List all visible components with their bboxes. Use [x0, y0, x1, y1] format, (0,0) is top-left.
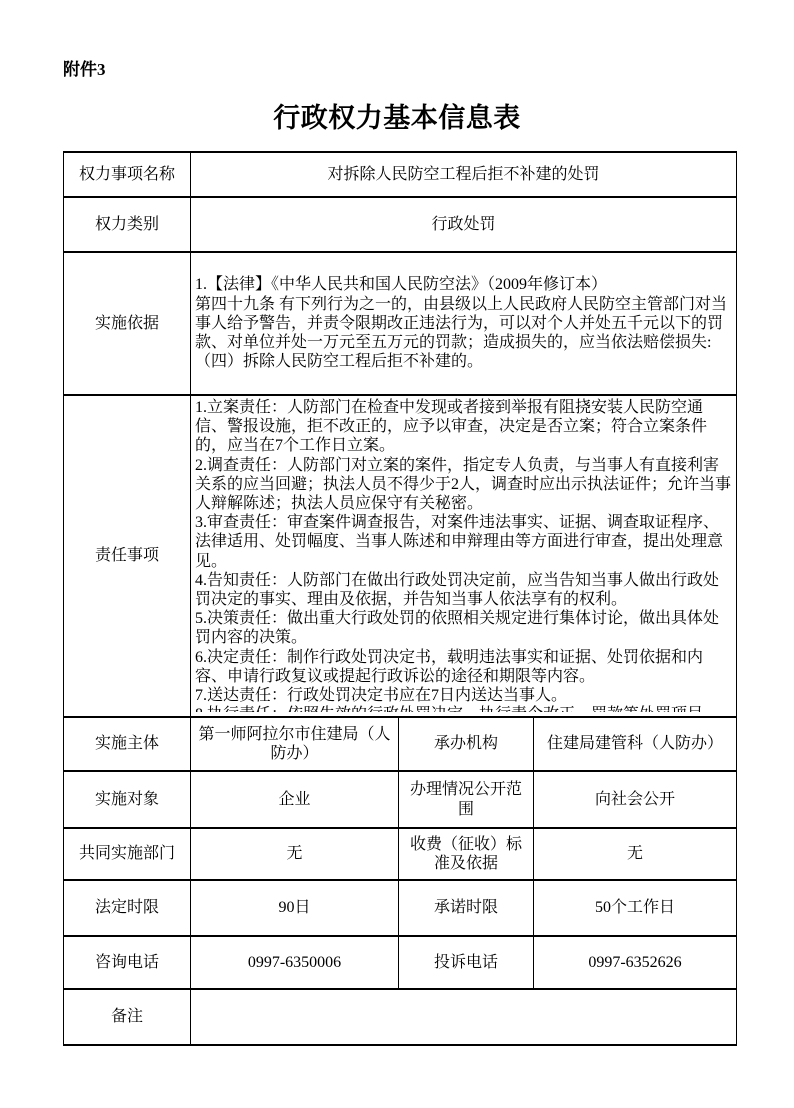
- target-value: 企业: [191, 771, 399, 828]
- inquiry-phone-label: 咨询电话: [64, 936, 191, 989]
- duty-item: 4.告知责任：人防部门在做出行政处罚决定前，应当告知当事人做出行政处罚决定的事实…: [195, 571, 732, 609]
- legal-time-limit-label: 法定时限: [64, 880, 191, 936]
- inquiry-phone-value: 0997-6350006: [191, 936, 399, 989]
- row-duties: 责任事项 1.立案责任：人防部门在检查中发现或者接到举报有阻挠安装人民防空通信、…: [64, 395, 737, 717]
- page-title: 行政权力基本信息表: [0, 96, 794, 135]
- row-implementer: 实施主体 第一师阿拉尔市住建局（人防办） 承办机构 住建局建管科（人防办）: [64, 717, 737, 771]
- duty-item: 6.决定责任：制作行政处罚决定书，载明违法事实和证据、处罚依据和内容、申请行政复…: [195, 648, 732, 686]
- row-power-type: 权力类别 行政处罚: [64, 197, 737, 252]
- duty-item: 1.立案责任：人防部门在检查中发现或者接到举报有阻挠安装人民防空通信、警报设施，…: [195, 398, 732, 456]
- remark-label: 备注: [64, 989, 191, 1045]
- row-target: 实施对象 企业 办理情况公开范围 向社会公开: [64, 771, 737, 828]
- promised-time-limit-value: 50个工作日: [534, 880, 737, 936]
- duties-text-block: 1.立案责任：人防部门在检查中发现或者接到举报有阻挠安装人民防空通信、警报设施，…: [195, 398, 732, 712]
- duty-item: 7.送达责任：行政处罚决定书应在7日内送达当事人。: [195, 686, 732, 705]
- document-page: 附件3 行政权力基本信息表 权力事项名称 对拆除人民防空工程后拒不补建的处罚 权…: [0, 0, 794, 1108]
- power-name-value: 对拆除人民防空工程后拒不补建的处罚: [191, 152, 737, 197]
- legal-time-limit-value: 90日: [191, 880, 399, 936]
- implementer-label: 实施主体: [64, 717, 191, 771]
- basis-line: 第四十九条 有下列行为之一的，由县级以上人民政府人民防空主管部门对当事人给予警告…: [195, 295, 732, 353]
- undertaking-org-label: 承办机构: [399, 717, 534, 771]
- joint-dept-value: 无: [191, 828, 399, 880]
- info-table: 权力事项名称 对拆除人民防空工程后拒不补建的处罚 权力类别 行政处罚 实施依据 …: [63, 151, 737, 1046]
- duty-item: 8.执行责任：依照生效的行政处罚决定，执行责令改正、罚款等处罚项目。: [195, 705, 732, 712]
- remark-value: [191, 989, 737, 1045]
- row-phones: 咨询电话 0997-6350006 投诉电话 0997-6352626: [64, 936, 737, 989]
- target-label: 实施对象: [64, 771, 191, 828]
- joint-dept-label: 共同实施部门: [64, 828, 191, 880]
- duty-item: 3.审查责任：审查案件调查报告，对案件违法事实、证据、调查取证程序、法律适用、处…: [195, 513, 732, 571]
- complaint-phone-value: 0997-6352626: [534, 936, 737, 989]
- duty-item: 5.决策责任：做出重大行政处罚的依照相关规定进行集体讨论，做出具体处罚内容的决策…: [195, 609, 732, 647]
- basis-value: 1.【法律】《中华人民共和国人民防空法》（2009年修订本） 第四十九条 有下列…: [191, 252, 737, 395]
- basis-line: 1.【法律】《中华人民共和国人民防空法》（2009年修订本）: [195, 275, 732, 294]
- row-basis: 实施依据 1.【法律】《中华人民共和国人民防空法》（2009年修订本） 第四十九…: [64, 252, 737, 395]
- undertaking-org-value: 住建局建管科（人防办）: [534, 717, 737, 771]
- row-power-name: 权力事项名称 对拆除人民防空工程后拒不补建的处罚: [64, 152, 737, 197]
- implementer-value: 第一师阿拉尔市住建局（人防办）: [191, 717, 399, 771]
- power-name-label: 权力事项名称: [64, 152, 191, 197]
- duty-item: 2.调查责任：人防部门对立案的案件，指定专人负责，与当事人有直接利害关系的应当回…: [195, 456, 732, 514]
- power-type-label: 权力类别: [64, 197, 191, 252]
- fee-standard-value: 无: [534, 828, 737, 880]
- attachment-label: 附件3: [63, 55, 106, 80]
- duties-value: 1.立案责任：人防部门在检查中发现或者接到举报有阻挠安装人民防空通信、警报设施，…: [191, 395, 737, 717]
- power-type-value: 行政处罚: [191, 197, 737, 252]
- fee-standard-label: 收费（征收）标准及依据: [399, 828, 534, 880]
- basis-label: 实施依据: [64, 252, 191, 395]
- duties-label: 责任事项: [64, 395, 191, 717]
- disclosure-scope-value: 向社会公开: [534, 771, 737, 828]
- row-legal-time-limit: 法定时限 90日 承诺时限 50个工作日: [64, 880, 737, 936]
- basis-line: （四）拆除人民防空工程后拒不补建的。: [195, 352, 732, 371]
- promised-time-limit-label: 承诺时限: [399, 880, 534, 936]
- row-joint-dept: 共同实施部门 无 收费（征收）标准及依据 无: [64, 828, 737, 880]
- complaint-phone-label: 投诉电话: [399, 936, 534, 989]
- disclosure-scope-label: 办理情况公开范围: [399, 771, 534, 828]
- row-remark: 备注: [64, 989, 737, 1045]
